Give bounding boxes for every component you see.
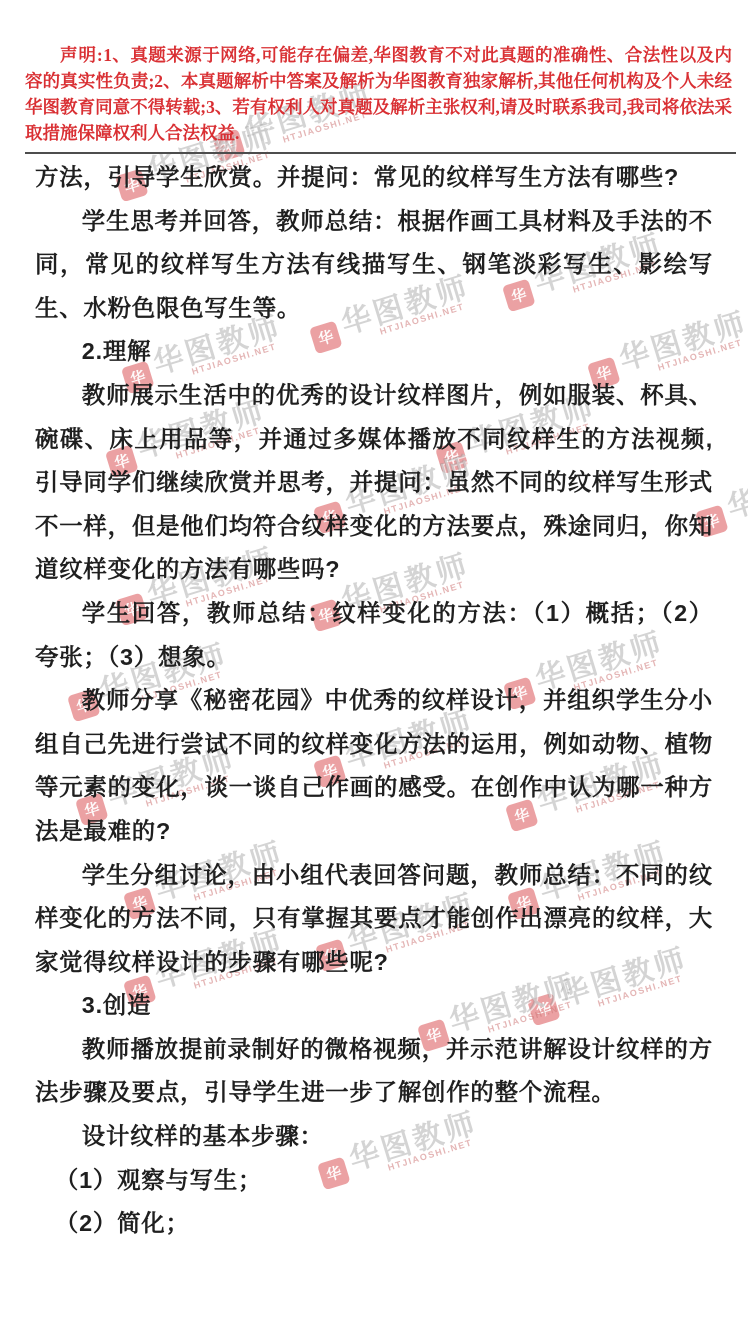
paragraph: 设计纹样的基本步骤： xyxy=(35,1115,713,1159)
paragraph: （1）观察与写生； xyxy=(35,1159,713,1203)
paragraph: 教师分享《秘密花园》中优秀的纹样设计，并组织学生分小组自己先进行尝试不同的纹样变… xyxy=(35,679,713,853)
paragraph: 学生思考并回答，教师总结：根据作画工具材料及手法的不同，常见的纹样写生方法有线描… xyxy=(35,200,713,331)
document-page: 华华图教师HTJIAOSHI.NET华华图教师HTJIAOSHI.NET华华图教… xyxy=(0,0,748,1335)
paragraph: 学生分组讨论，由小组代表回答问题，教师总结：不同的纹样变化的方法不同，只有掌握其… xyxy=(35,854,713,985)
paragraph: （2）简化； xyxy=(35,1202,713,1246)
lesson-plan-body: 方法，引导学生欣赏。并提问：常见的纹样写生方法有哪些?学生思考并回答，教师总结：… xyxy=(0,156,748,1246)
paragraph: 学生回答，教师总结：纹样变化的方法：（1）概括；（2）夸张；（3）想象。 xyxy=(35,592,713,679)
paragraph: 3.创造 xyxy=(35,984,713,1028)
paragraph: 教师展示生活中的优秀的设计纹样图片，例如服装、杯具、碗碟、床上用品等，并通过多媒… xyxy=(35,374,713,592)
paragraph: 方法，引导学生欣赏。并提问：常见的纹样写生方法有哪些? xyxy=(35,156,713,200)
disclaimer-notice: 声明:1、真题来源于网络,可能存在偏差,华图教育不对此真题的准确性、合法性以及内… xyxy=(25,0,736,154)
paragraph: 2.理解 xyxy=(35,330,713,374)
paragraph: 教师播放提前录制好的微格视频，并示范讲解设计纹样的方法步骤及要点，引导学生进一步… xyxy=(35,1028,713,1115)
disclaimer-label: 声明: xyxy=(60,45,103,65)
disclaimer-text: 1、真题来源于网络,可能存在偏差,华图教育不对此真题的准确性、合法性以及内容的真… xyxy=(25,45,732,143)
